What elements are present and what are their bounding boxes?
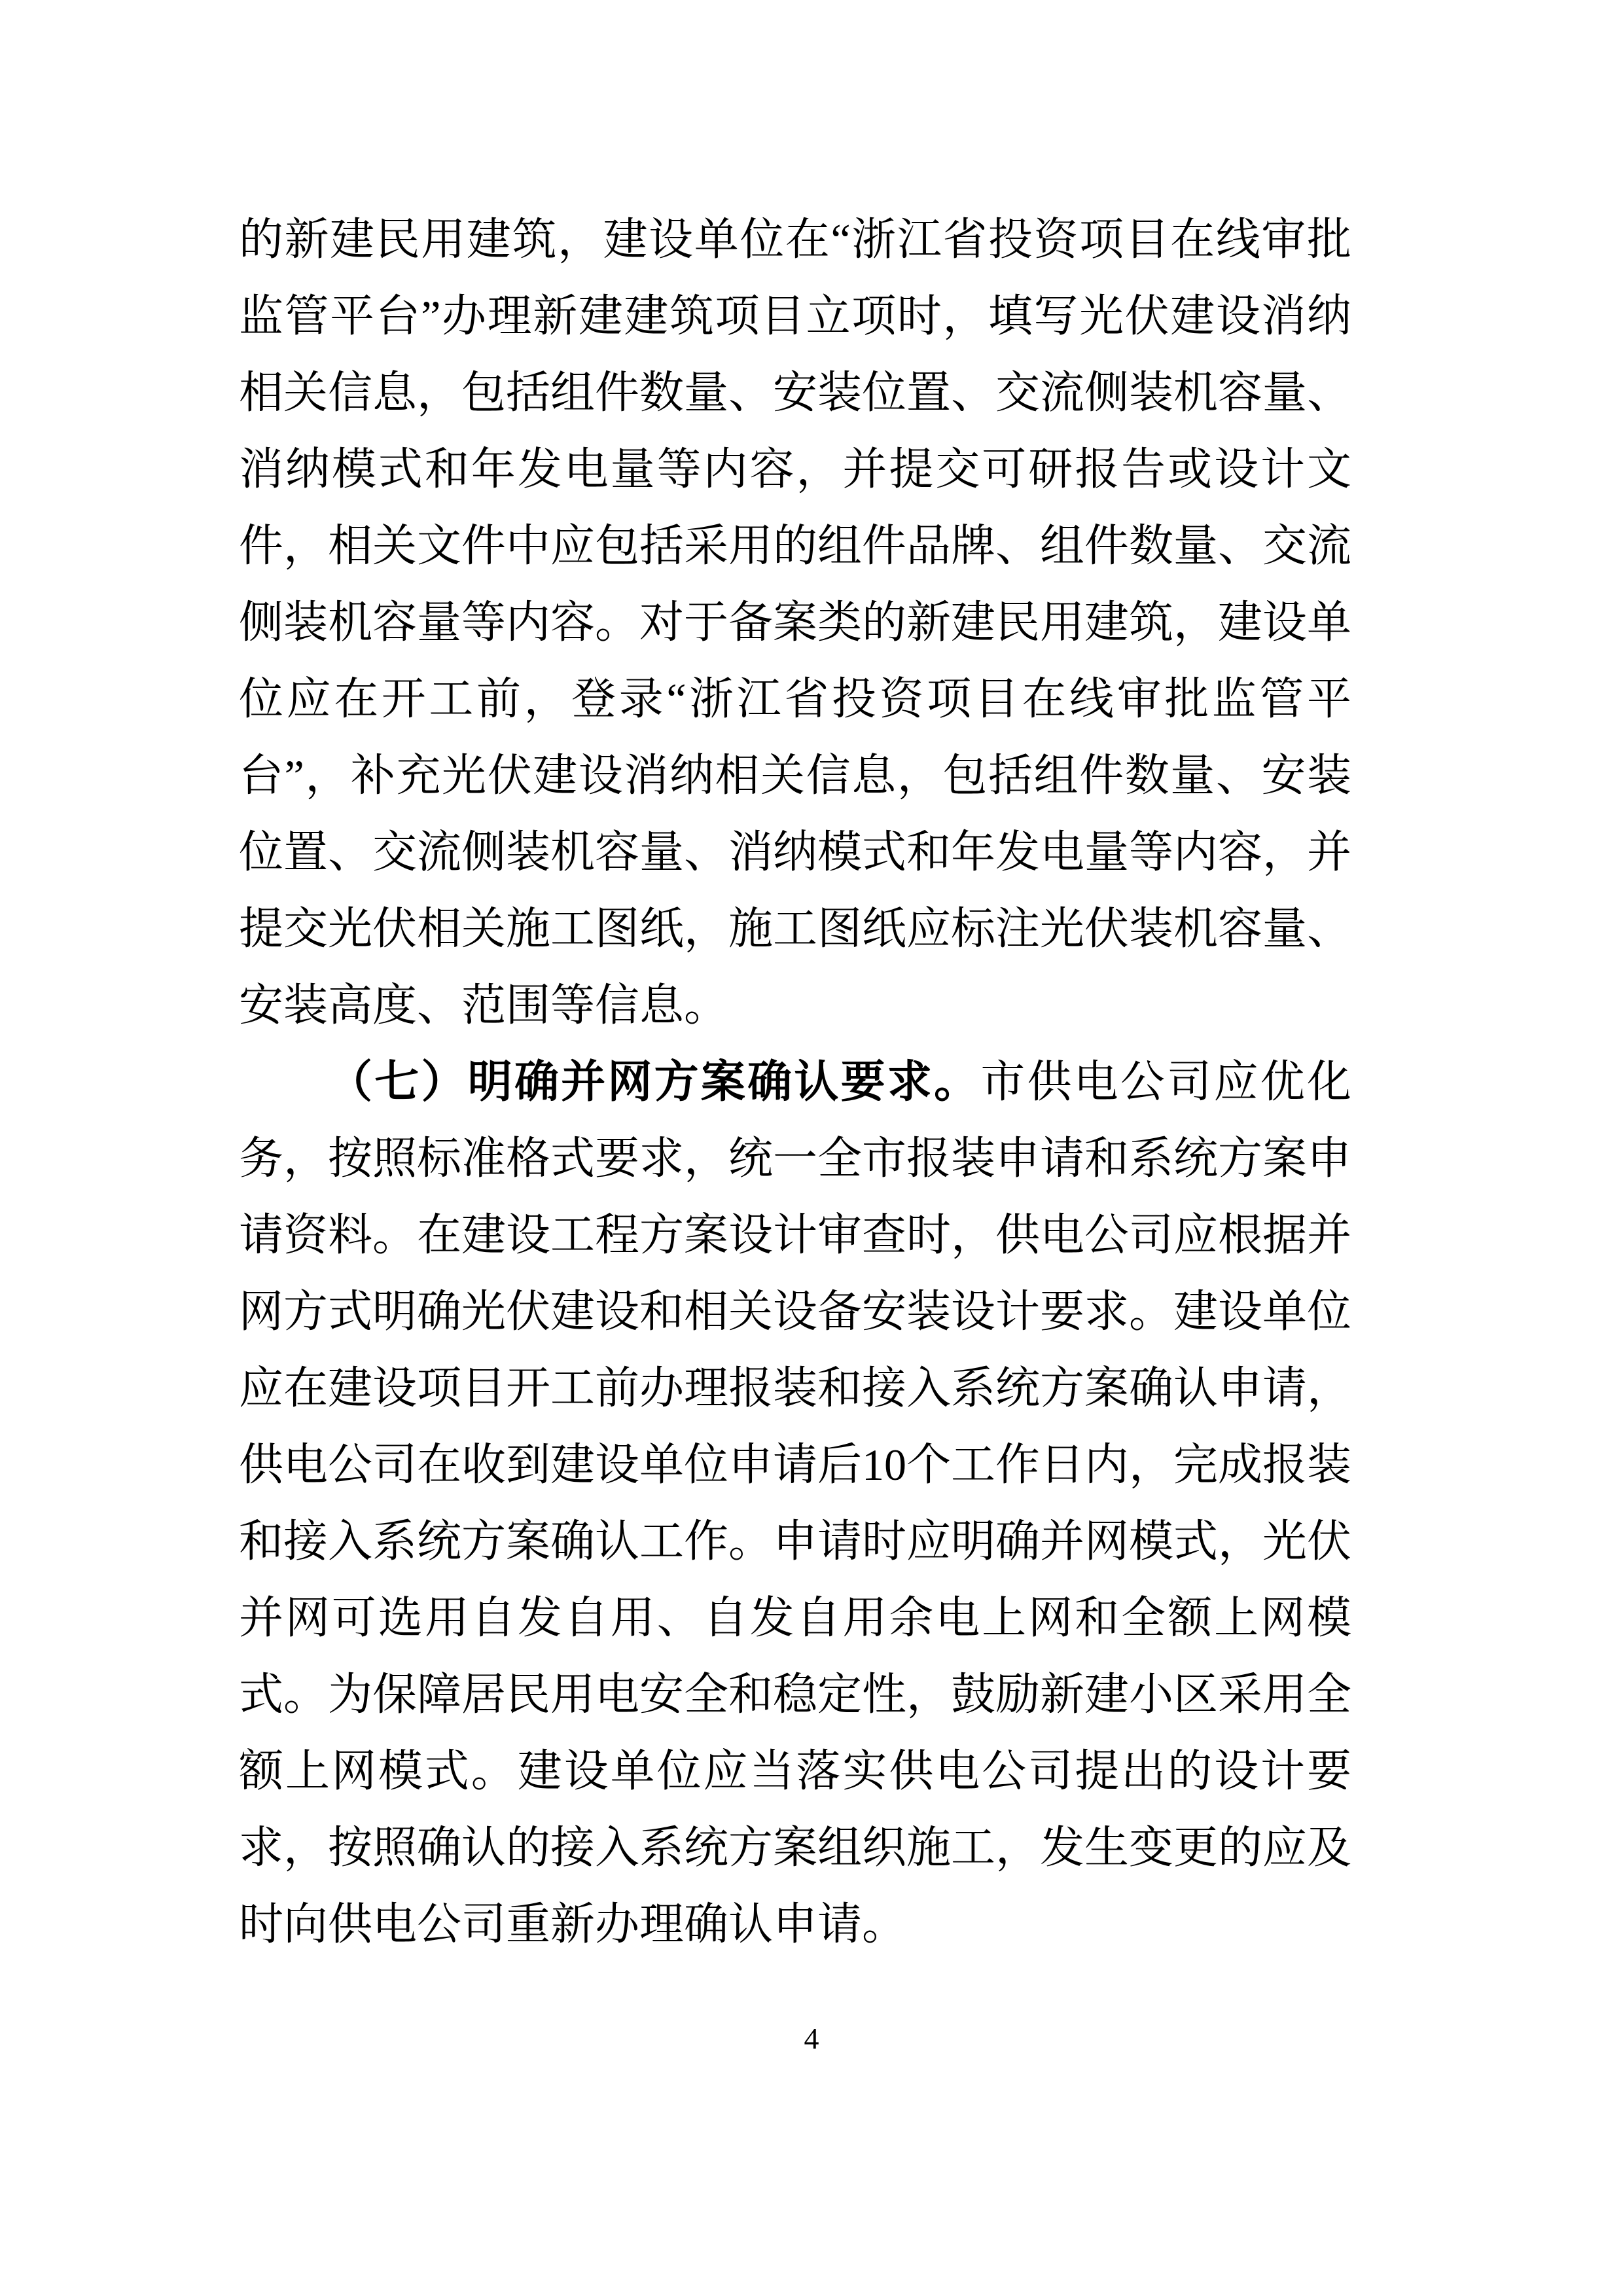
text-line: 位应在开工前，登录“浙江省投资项目在线审批监管平 bbox=[239, 661, 1351, 738]
text-run: 消纳模式和年发电量等内容，并提交可研报告或设计文 bbox=[239, 444, 1351, 494]
text-line: 并网可选用自发自用、自发自用余电上网和全额上网模 bbox=[239, 1580, 1351, 1657]
text-run: 件，相关文件中应包括采用的组件品牌、组件数量、交流 bbox=[239, 521, 1351, 571]
text-line: 安装高度、范围等信息。 bbox=[239, 967, 1351, 1044]
text-run: 供电公司在收到建设单位申请后10个工作日内，完成报装 bbox=[239, 1440, 1351, 1490]
text-run: 额上网模式。建设单位应当落实供电公司提出的设计要 bbox=[239, 1746, 1351, 1796]
text-line: 相关信息，包括组件数量、安装位置、交流侧装机容量、 bbox=[239, 355, 1351, 431]
document-body: 的新建民用建筑，建设单位在“浙江省投资项目在线审批监管平台”办理新建建筑项目立项… bbox=[239, 202, 1351, 1963]
page-footer: 4 bbox=[0, 2019, 1623, 2058]
text-run: 安装高度、范围等信息。 bbox=[239, 980, 728, 1030]
text-line: 网方式明确光伏建设和相关设备安装设计要求。建设单位 bbox=[239, 1274, 1351, 1350]
text-run: 位置、交流侧装机容量、消纳模式和年发电量等内容，并 bbox=[239, 827, 1351, 877]
text-line: 和接入系统方案确认工作。申请时应明确并网模式，光伏 bbox=[239, 1503, 1351, 1580]
text-line: （七）明确并网方案确认要求。市供电公司应优化服 bbox=[239, 1044, 1351, 1121]
text-run: 台”，补充光伏建设消纳相关信息，包括组件数量、安装 bbox=[239, 751, 1351, 800]
document-page: 的新建民用建筑，建设单位在“浙江省投资项目在线审批监管平台”办理新建建筑项目立项… bbox=[0, 0, 1623, 2296]
text-run: 求，按照确认的接入系统方案组织施工，发生变更的应及 bbox=[239, 1823, 1351, 1873]
text-run: 式。为保障居民用电安全和稳定性，鼓励新建小区采用全 bbox=[239, 1670, 1351, 1719]
text-line: 应在建设项目开工前办理报装和接入系统方案确认申请， bbox=[239, 1350, 1351, 1427]
text-run: 请资料。在建设工程方案设计审查时，供电公司应根据并 bbox=[239, 1210, 1351, 1260]
text-line: 侧装机容量等内容。对于备案类的新建民用建筑，建设单 bbox=[239, 584, 1351, 661]
page-number: 4 bbox=[804, 2022, 819, 2055]
text-line: 台”，补充光伏建设消纳相关信息，包括组件数量、安装 bbox=[239, 738, 1351, 814]
text-line: 额上网模式。建设单位应当落实供电公司提出的设计要 bbox=[239, 1733, 1351, 1810]
text-line: 式。为保障居民用电安全和稳定性，鼓励新建小区采用全 bbox=[239, 1657, 1351, 1733]
text-run: 务，按照标准格式要求，统一全市报装申请和系统方案申 bbox=[239, 1134, 1351, 1183]
text-run: 时向供电公司重新办理确认申请。 bbox=[239, 1899, 906, 1949]
text-line: 件，相关文件中应包括采用的组件品牌、组件数量、交流 bbox=[239, 508, 1351, 584]
text-run: 相关信息，包括组件数量、安装位置、交流侧装机容量、 bbox=[239, 368, 1351, 418]
text-line: 监管平台”办理新建建筑项目立项时，填写光伏建设消纳 bbox=[239, 278, 1351, 355]
text-run: 位应在开工前，登录“浙江省投资项目在线审批监管平 bbox=[239, 674, 1351, 724]
text-line: 求，按照确认的接入系统方案组织施工，发生变更的应及 bbox=[239, 1810, 1351, 1886]
text-line: 时向供电公司重新办理确认申请。 bbox=[239, 1886, 1351, 1963]
text-line: 供电公司在收到建设单位申请后10个工作日内，完成报装 bbox=[239, 1427, 1351, 1503]
text-run: 的新建民用建筑，建设单位在“浙江省投资项目在线审批 bbox=[239, 215, 1351, 264]
text-line: 务，按照标准格式要求，统一全市报装申请和系统方案申 bbox=[239, 1121, 1351, 1197]
text-run: 监管平台”办理新建建筑项目立项时，填写光伏建设消纳 bbox=[239, 291, 1351, 341]
text-run: 提交光伏相关施工图纸，施工图纸应标注光伏装机容量、 bbox=[239, 904, 1351, 954]
text-line: 消纳模式和年发电量等内容，并提交可研报告或设计文 bbox=[239, 431, 1351, 508]
text-run: 应在建设项目开工前办理报装和接入系统方案确认申请， bbox=[239, 1363, 1351, 1413]
text-run: 和接入系统方案确认工作。申请时应明确并网模式，光伏 bbox=[239, 1516, 1351, 1566]
text-run: 侧装机容量等内容。对于备案类的新建民用建筑，建设单 bbox=[239, 598, 1351, 647]
text-run: 网方式明确光伏建设和相关设备安装设计要求。建设单位 bbox=[239, 1287, 1351, 1336]
text-line: 请资料。在建设工程方案设计审查时，供电公司应根据并 bbox=[239, 1197, 1351, 1274]
text-line: 位置、交流侧装机容量、消纳模式和年发电量等内容，并 bbox=[239, 814, 1351, 891]
text-line: 提交光伏相关施工图纸，施工图纸应标注光伏装机容量、 bbox=[239, 891, 1351, 967]
section-heading-run: （七）明确并网方案确认要求。 bbox=[328, 1057, 980, 1107]
text-line: 的新建民用建筑，建设单位在“浙江省投资项目在线审批 bbox=[239, 202, 1351, 278]
text-run: 并网可选用自发自用、自发自用余电上网和全额上网模 bbox=[239, 1593, 1351, 1643]
